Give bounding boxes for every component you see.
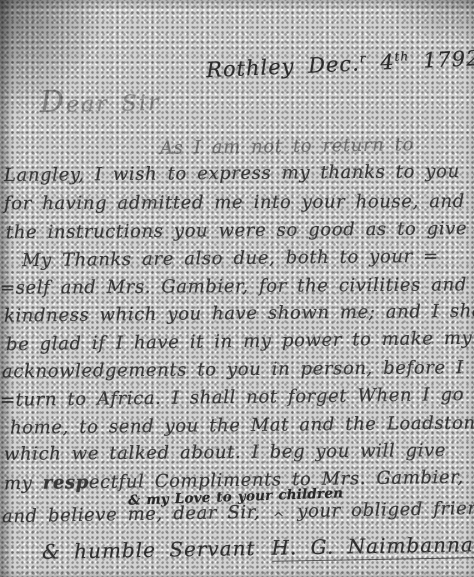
- signature-prefix: & humble Servant: [42, 536, 256, 564]
- respectful-pre: my: [4, 473, 43, 495]
- body-line: acknowledgements to you in person, befor…: [2, 357, 474, 382]
- body-line: Langley, I wish to express my thanks to …: [4, 161, 460, 186]
- dateline: Rothley Dec.r 4th 1792.: [206, 46, 474, 82]
- body-line: be glad if I have it in my power to make…: [6, 328, 473, 356]
- body-line: the instructions you were so good as to …: [6, 218, 474, 243]
- letter-page: Rothley Dec.r 4th 1792. Dear Sir As I am…: [0, 0, 474, 577]
- insertion-caret: ^: [273, 510, 286, 526]
- dateline-sup-th: th: [394, 49, 409, 64]
- body-line: =turn to Africa. I shall not forget When…: [0, 384, 464, 411]
- dateline-month: Dec.: [308, 51, 361, 77]
- salutation-initial: D: [40, 85, 67, 120]
- body-line: for having admitted me into your house, …: [4, 191, 474, 215]
- body-line: =self and Mrs. Gambier, for the civiliti…: [0, 274, 467, 298]
- body-line: kindness which you have shown me; and I …: [4, 300, 474, 326]
- signature-name: H. G. Naimbanna: [271, 532, 474, 562]
- salutation-rest: ear Sir: [66, 91, 161, 118]
- respectful-bold-overwrite: resp: [43, 472, 89, 494]
- body-line: which we talked about. I beg you will gi…: [4, 440, 446, 465]
- dateline-day: 4: [366, 50, 395, 75]
- signature-line: & humble ServantH. G. Naimbanna: [42, 532, 474, 564]
- salutation: Dear Sir: [40, 83, 161, 120]
- body-line: home, to send you the Mat and the Loadst…: [10, 413, 474, 439]
- dateline-year: 1792.: [409, 46, 474, 73]
- body-line: My Thanks are also due, both to your =: [22, 246, 439, 271]
- dateline-place: Rothley: [206, 54, 309, 82]
- body-line: As I am not to return to: [160, 134, 414, 159]
